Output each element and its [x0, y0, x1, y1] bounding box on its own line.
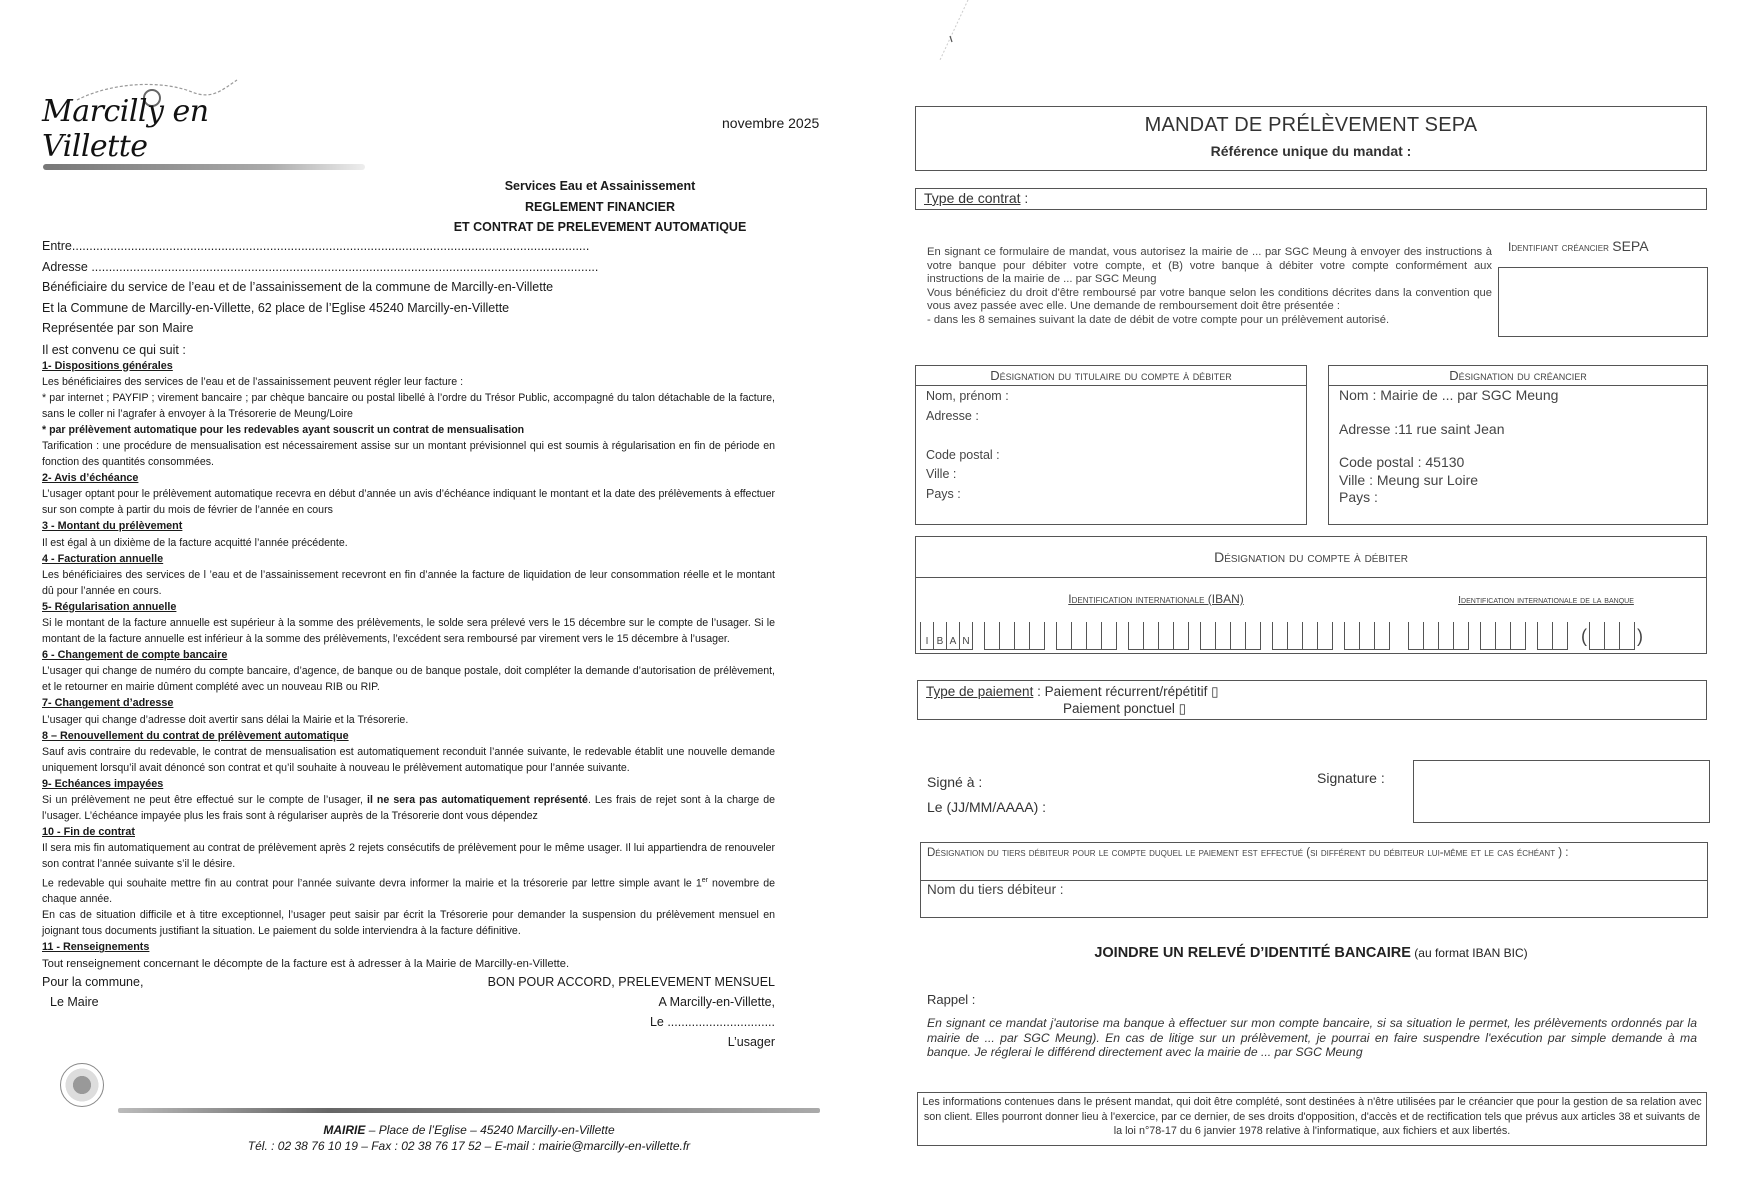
payment-recurrent-checkbox[interactable]: Paiement récurrent/répétitif ▯	[1045, 684, 1219, 699]
section-1-text: * par internet ; PAYFIP ; virement banca…	[42, 390, 775, 422]
char-cell[interactable]	[1590, 622, 1605, 649]
creditor-address: Adresse :11 rue saint Jean	[1339, 421, 1697, 439]
section-1-text: * par prélèvement automatique pour les r…	[42, 422, 775, 438]
account-box: Identification internationale (IBAN) Ide…	[915, 578, 1707, 654]
char-cell[interactable]	[1439, 622, 1454, 649]
payment-type-box: Type de paiement : Paiement récurrent/ré…	[917, 680, 1707, 720]
footer-rule	[118, 1108, 820, 1113]
commune-seal-icon	[60, 1063, 104, 1107]
char-cell[interactable]	[1030, 622, 1045, 649]
char-cell-group[interactable]: IBAN	[920, 622, 973, 650]
section-1-text: Les bénéficiaires des services de l’eau …	[42, 374, 775, 390]
char-cell[interactable]	[1409, 622, 1424, 649]
char-cell[interactable]	[1496, 622, 1511, 649]
iban-input[interactable]: IBAN	[920, 620, 1401, 650]
debtor-box: Désignation du titulaire du compte à déb…	[915, 365, 1307, 525]
char-cell[interactable]	[1424, 622, 1439, 649]
char-cell-group[interactable]	[1480, 622, 1526, 650]
char-cell-group[interactable]	[984, 622, 1045, 650]
char-cell[interactable]	[1273, 622, 1288, 649]
section-3-title: 3 - Montant du prélèvement	[42, 518, 775, 534]
section-10-text: Le redevable qui souhaite mettre fin au …	[42, 873, 775, 908]
char-cell-group[interactable]	[1537, 622, 1568, 650]
reminder-text: En signant ce mandat j'autorise ma banqu…	[927, 1016, 1697, 1060]
char-cell[interactable]	[1511, 622, 1526, 649]
entre-field[interactable]: Entre...................................…	[42, 236, 662, 257]
creditor-name: Nom : Mairie de ... par SGC Meung	[1339, 387, 1697, 405]
char-cell[interactable]	[1454, 622, 1469, 649]
char-cell-group[interactable]	[1200, 622, 1261, 650]
intro-line: Bénéficiaire du service de l’eau et de l…	[42, 277, 775, 298]
char-cell[interactable]	[1072, 622, 1087, 649]
section-5-text: Si le montant de la facture annuelle est…	[42, 615, 775, 647]
mandate-title-box: MANDAT DE PRÉLÈVEMENT SEPA Référence uni…	[915, 106, 1707, 171]
section-4-title: 4 - Facturation annuelle	[42, 551, 775, 567]
paren-open: (	[1581, 622, 1587, 650]
intro-line: Représentée par son Maire	[42, 318, 775, 339]
char-cell[interactable]	[1345, 622, 1360, 649]
bic-input[interactable]: ()	[1408, 620, 1645, 650]
header-rule	[43, 164, 365, 170]
signed-at-field[interactable]: Signé à :	[927, 770, 1046, 795]
char-cell[interactable]	[1216, 622, 1231, 649]
char-cell[interactable]	[1174, 622, 1189, 649]
char-cell[interactable]	[1553, 622, 1568, 649]
section-11-text: Tout renseignement concernant le décompt…	[42, 956, 775, 972]
section-1-title: 1- Dispositions générales	[42, 358, 775, 374]
logo-text: Marcilly en Villette	[42, 94, 282, 164]
section-10-text: Il sera mis fin automatiquement au contr…	[42, 840, 775, 872]
char-cell[interactable]	[1087, 622, 1102, 649]
debtor-country-field[interactable]: Pays :	[926, 485, 1296, 505]
iban-label: Identification internationale (IBAN)	[916, 592, 1396, 606]
signature-row: Le Maire A Marcilly-en-Villette,	[42, 992, 775, 1012]
document-date: novembre 2025	[722, 115, 819, 131]
commune-signature-label: Pour la commune,	[42, 972, 143, 992]
reglement-body: Entre...................................…	[42, 236, 775, 1052]
privacy-notice: Les informations contenues dans le prése…	[917, 1092, 1707, 1146]
section-1-text: Tarification : une procédure de mensuali…	[42, 438, 775, 470]
document-titles: Services Eau et Assainissement REGLEMENT…	[400, 176, 800, 238]
signature-row: L’usager	[42, 1032, 775, 1052]
creditor-country: Pays :	[1339, 489, 1697, 507]
char-cell[interactable]	[1231, 622, 1246, 649]
section-7-text: L’usager qui change d’adresse doit avert…	[42, 712, 775, 728]
section-8-text: Sauf avis contraire du redevable, le con…	[42, 744, 775, 776]
section-6-title: 6 - Changement de compte bancaire	[42, 647, 775, 663]
title-reglement: REGLEMENT FINANCIER	[400, 197, 800, 218]
char-cell[interactable]	[1375, 622, 1390, 649]
section-5-title: 5- Régularisation annuelle	[42, 599, 775, 615]
char-cell[interactable]	[1538, 622, 1553, 649]
char-cell-group[interactable]	[1128, 622, 1189, 650]
char-cell[interactable]	[1015, 622, 1030, 649]
section-8-title: 8 – Renouvellement du contrat de prélève…	[42, 728, 775, 744]
char-cell[interactable]	[1360, 622, 1375, 649]
third-party-name-field[interactable]: Nom du tiers débiteur :	[921, 881, 1707, 898]
mairie-contact: Tél. : 02 38 76 10 19 – Fax : 02 38 76 1…	[118, 1138, 820, 1154]
adresse-field[interactable]: Adresse ................................…	[42, 257, 662, 278]
payment-oneoff-checkbox[interactable]: Paiement ponctuel ▯	[1063, 701, 1186, 716]
signature-label: Signature :	[1317, 770, 1385, 786]
section-9-title: 9- Echéances impayées	[42, 776, 775, 792]
mairie-footer: MAIRIE – Place de l’Eglise – 45240 Marci…	[118, 1122, 820, 1154]
char-cell[interactable]	[1102, 622, 1117, 649]
char-cell[interactable]	[1246, 622, 1261, 649]
mandate-title: MANDAT DE PRÉLÈVEMENT SEPA	[916, 114, 1706, 137]
maire-label: Le Maire	[42, 992, 99, 1012]
char-cell[interactable]: A	[947, 622, 960, 649]
mandate-reference[interactable]: Référence unique du mandat :	[916, 143, 1706, 159]
section-10-title: 10 - Fin de contrat	[42, 824, 775, 840]
char-cell-group[interactable]	[1272, 622, 1333, 650]
section-7-title: 7- Changement d’adresse	[42, 695, 775, 711]
debtor-postcode-field[interactable]: Code postal :	[926, 446, 1296, 466]
char-cell[interactable]	[1481, 622, 1496, 649]
char-cell[interactable]	[1620, 622, 1635, 649]
bic-label: Identification internationale de la banq…	[1386, 594, 1706, 606]
char-cell[interactable]	[1000, 622, 1015, 649]
char-cell[interactable]	[1288, 622, 1303, 649]
char-cell[interactable]: B	[934, 622, 947, 649]
char-cell[interactable]: N	[960, 622, 973, 649]
char-cell-group[interactable]	[1589, 622, 1635, 650]
creditor-id-field[interactable]	[1498, 267, 1708, 337]
creditor-header: Désignation du créancier	[1329, 366, 1707, 386]
signature-row: Le ...............................	[42, 1012, 775, 1032]
section-3-text: Il est égal à un dixième de la facture a…	[42, 535, 775, 551]
date-field[interactable]: Le ...............................	[650, 1012, 775, 1032]
section-2-title: 2- Avis d’échéance	[42, 470, 775, 486]
char-cell[interactable]	[985, 622, 1000, 649]
debtor-header: Désignation du titulaire du compte à déb…	[916, 366, 1306, 386]
char-cell-group[interactable]	[1344, 622, 1390, 650]
creditor-city: Ville : Meung sur Loire	[1339, 472, 1697, 490]
section-2-text: L’usager optant pour le prélèvement auto…	[42, 486, 775, 518]
section-11-title: 11 - Renseignements	[42, 939, 775, 955]
commune-logo: Marcilly en Villette	[42, 72, 282, 142]
paren-close: )	[1637, 622, 1643, 650]
accord-label: BON POUR ACCORD, PRELEVEMENT MENSUEL	[488, 972, 775, 992]
attach-rib-note: JOINDRE UN RELEVÉ D’IDENTITÉ BANCAIRE (a…	[915, 945, 1707, 961]
char-cell-group[interactable]	[1056, 622, 1117, 650]
signed-at-block: Signé à : Le (JJ/MM/AAAA) :	[927, 770, 1046, 820]
third-party-box: Désignation du tiers débiteur pour le co…	[920, 842, 1708, 918]
char-cell[interactable]: I	[921, 622, 934, 649]
char-cell[interactable]	[1144, 622, 1159, 649]
char-cell[interactable]	[1605, 622, 1620, 649]
creditor-postcode: Code postal : 45130	[1339, 454, 1697, 472]
mairie-label: MAIRIE	[323, 1123, 365, 1137]
debtor-address-field[interactable]: Adresse :	[926, 407, 1296, 427]
scan-artifact-icon	[910, 0, 970, 70]
intro-line: Et la Commune de Marcilly-en-Villette, 6…	[42, 298, 775, 319]
char-cell[interactable]	[1318, 622, 1333, 649]
debtor-name-field[interactable]: Nom, prénom :	[926, 387, 1296, 407]
char-cell[interactable]	[1303, 622, 1318, 649]
char-cell[interactable]	[1129, 622, 1144, 649]
char-cell-group[interactable]	[1408, 622, 1469, 650]
title-services: Services Eau et Assainissement	[400, 176, 800, 197]
section-10-text: En cas de situation difficile et à titre…	[42, 907, 775, 939]
sepa-mandate-page: MANDAT DE PRÉLÈVEMENT SEPA Référence uni…	[880, 0, 1755, 1200]
signed-date-field[interactable]: Le (JJ/MM/AAAA) :	[927, 795, 1046, 820]
usager-label: L’usager	[728, 1032, 775, 1052]
reglement-financier-page: Marcilly en Villette novembre 2025 Servi…	[0, 0, 880, 1200]
mairie-address: – Place de l’Eglise – 45240 Marcilly-en-…	[365, 1123, 614, 1137]
creditor-id-label: Identifiant créancier SEPA	[1508, 238, 1649, 254]
title-contrat: ET CONTRAT DE PRELEVEMENT AUTOMATIQUE	[400, 217, 800, 238]
account-header: Désignation du compte à débiter	[915, 536, 1707, 578]
signature-field[interactable]	[1413, 760, 1710, 823]
section-6-text: L’usager qui change de numéro du compte …	[42, 663, 775, 695]
debtor-city-field[interactable]: Ville :	[926, 465, 1296, 485]
char-cell[interactable]	[1057, 622, 1072, 649]
third-party-header: Désignation du tiers débiteur pour le co…	[921, 843, 1707, 881]
reminder-label: Rappel :	[927, 992, 975, 1007]
section-9-text: Si un prélèvement ne peut être effectué …	[42, 792, 775, 824]
lieu-label: A Marcilly-en-Villette,	[659, 992, 775, 1012]
mandate-intro: En signant ce formulaire de mandat, vous…	[927, 246, 1492, 328]
signature-row: Pour la commune, BON POUR ACCORD, PRELEV…	[42, 972, 775, 992]
contract-type-field[interactable]: Type de contrat :	[915, 188, 1707, 210]
intro-line: Il est convenu ce qui suit :	[42, 342, 775, 358]
char-cell[interactable]	[1201, 622, 1216, 649]
creditor-box: Désignation du créancier Nom : Mairie de…	[1328, 365, 1708, 525]
section-4-text: Les bénéficiaires des services de l ’eau…	[42, 567, 775, 599]
char-cell[interactable]	[1159, 622, 1174, 649]
